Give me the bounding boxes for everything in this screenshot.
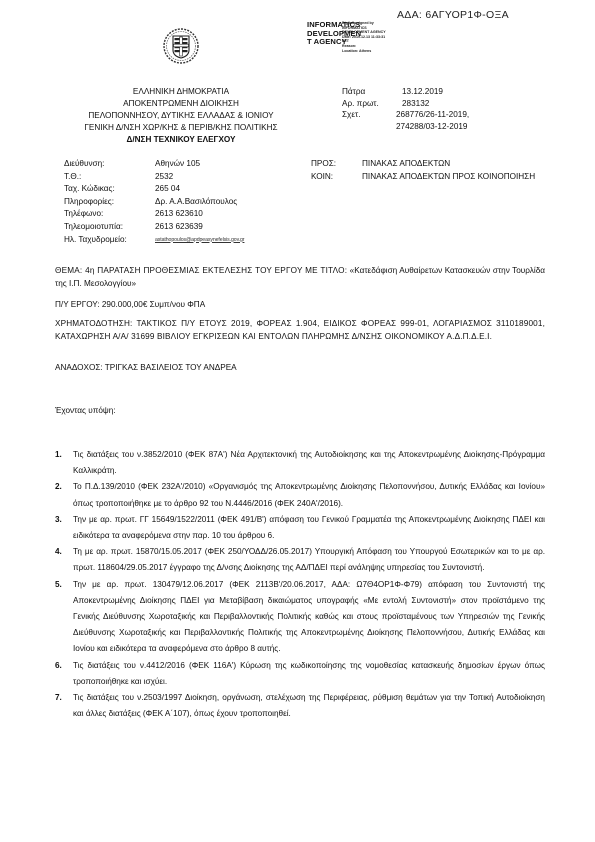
issuer-header: ΕΛΛΗΝΙΚΗ ΔΗΜΟΚΡΑΤΙΑ ΑΠΟΚΕΝΤΡΩΜΕΝΗ ΔΙΟΙΚΗ… [40, 86, 322, 146]
phone-value: 2613 623610 [155, 208, 203, 221]
header-line: ΓΕΝΙΚΗ Δ/ΝΣΗ ΧΩΡ/ΚΗΣ & ΠΕΡΙΒ/ΚΗΣ ΠΟΛΙΤΙΚ… [40, 122, 322, 134]
subject: ΘΕΜΑ: 4η ΠΑΡΑΤΑΣΗ ΠΡΟΘΕΣΜΙΑΣ ΕΚΤΕΛΕΣΗΣ Τ… [55, 265, 545, 291]
protocol-label: Αρ. πρωτ. [342, 98, 396, 110]
project-budget: Π/Υ ΕΡΓΟΥ: 290.000,00€ Συμπ/νου ΦΠΑ [55, 299, 545, 312]
address-value: Αθηνών 105 [155, 158, 200, 171]
to-label: ΠΡΟΣ: [311, 158, 362, 171]
phone-label: Τηλέφωνο: [64, 208, 155, 221]
document-meta: Πάτρα 13.12.2019 Αρ. πρωτ. 283132 Σχετ. … [342, 86, 469, 132]
related-label: Σχετ. [342, 109, 396, 121]
postcode-label: Ταχ. Κώδικας: [64, 183, 155, 196]
considering-heading: Έχοντας υπόψη: [55, 405, 545, 418]
item-text: Την με αρ. πρωτ. 130479/12.06.2017 (ΦΕΚ … [73, 577, 545, 658]
item-number: 4. [55, 544, 73, 576]
subject-label: ΘΕΜΑ: 4η ΠΑΡΑΤΑΣΗ ΠΡΟΘΕΣΜΙΑΣ ΕΚΤΕΛΕΣΗΣ Τ… [55, 266, 347, 275]
place-label: Πάτρα [342, 86, 396, 98]
hellenic-republic-emblem-icon [162, 26, 200, 66]
address-label: Διεύθυνση: [64, 158, 155, 171]
ada-stamp: ΑΔΑ: 6ΑΓΥΟΡ1Φ-ΟΞΑ [397, 9, 509, 21]
info-label: Πληροφορίες: [64, 196, 155, 209]
list-item: 7. Τις διατάξεις του ν.2503/1997 Διοίκησ… [55, 690, 545, 722]
date-value: 13.12.2019 [396, 86, 443, 98]
list-item: 3. Την με αρ. πρωτ. ΓΓ 15649/1522/2011 (… [55, 512, 545, 544]
item-text: Το Π.Δ.139/2010 (ΦΕΚ 232Α'/2010) «Οργανι… [73, 479, 545, 511]
po-box-value: 2532 [155, 171, 173, 184]
item-text: Τις διατάξεις του ν.2503/1997 Διοίκηση, … [73, 690, 545, 722]
list-item: 5. Την με αρ. πρωτ. 130479/12.06.2017 (Φ… [55, 577, 545, 658]
item-number: 3. [55, 512, 73, 544]
list-item: 2. Το Π.Δ.139/2010 (ΦΕΚ 232Α'/2010) «Οργ… [55, 479, 545, 511]
item-text: Τις διατάξεις του ν.3852/2010 (ΦΕΚ 87Α')… [73, 447, 545, 479]
to-value: ΠΙΝΑΚΑΣ ΑΠΟΔΕΚΤΩΝ [362, 158, 450, 171]
cc-value: ΠΙΝΑΚΑΣ ΑΠΟΔΕΚΤΩΝ ΠΡΟΣ ΚΟΙΝΟΠΟΙΗΣΗ [362, 171, 535, 184]
item-number: 7. [55, 690, 73, 722]
item-number: 5. [55, 577, 73, 658]
related-value: 268776/26-11-2019, [396, 109, 469, 121]
item-text: Την με αρ. πρωτ. ΓΓ 15649/1522/2011 (ΦΕΚ… [73, 512, 545, 544]
item-number: 1. [55, 447, 73, 479]
po-box-label: Τ.Θ.: [64, 171, 155, 184]
header-line: ΠΕΛΟΠΟΝΝΗΣΟΥ, ΔΥΤΙΚΗΣ ΕΛΛΑΔΑΣ & ΙΟΝΙΟΥ [40, 110, 322, 122]
email-link[interactable]: astathopoulos@apdpeasynefelsis.gov.gr [155, 234, 244, 247]
digital-signature-meta: Digitally signed by INFORMATICS DEVELOPM… [342, 21, 402, 53]
list-item: 6. Τις διατάξεις του ν.4412/2016 (ΦΕΚ 11… [55, 658, 545, 690]
list-item: 4. Τη με αρ. πρωτ. 15870/15.05.2017 (ΦΕΚ… [55, 544, 545, 576]
related-value: 274288/03-12-2019 [396, 121, 467, 133]
cc-label: ΚΟΙΝ: [311, 171, 362, 184]
contractor: ΑΝΑΔΟΧΟΣ: ΤΡΙΓΚΑΣ ΒΑΣΙΛΕΙΟΣ ΤΟΥ ΑΝΔΡΕΑ [55, 362, 545, 375]
funding: ΧΡΗΜΑΤΟΔΟΤΗΣΗ: ΤΑΚΤΙΚΟΣ Π/Υ ΕΤΟΥΣ 2019, … [55, 318, 545, 344]
item-number: 6. [55, 658, 73, 690]
header-line: ΑΠΟΚΕΝΤΡΩΜΕΝΗ ΔΙΟΙΚΗΣΗ [40, 98, 322, 110]
signature-line: Location: Athens [342, 49, 402, 54]
header-line: Δ/ΝΣΗ ΤΕΧΝΙΚΟΥ ΕΛΕΓΧΟΥ [40, 134, 322, 146]
considerations-list: 1. Τις διατάξεις του ν.3852/2010 (ΦΕΚ 87… [55, 447, 545, 722]
item-text: Τη με αρ. πρωτ. 15870/15.05.2017 (ΦΕΚ 25… [73, 544, 545, 576]
header-line: ΕΛΛΗΝΙΚΗ ΔΗΜΟΚΡΑΤΙΑ [40, 86, 322, 98]
email-label: Ηλ. Ταχυδρομείο: [64, 234, 155, 247]
list-item: 1. Τις διατάξεις του ν.3852/2010 (ΦΕΚ 87… [55, 447, 545, 479]
item-text: Τις διατάξεις του ν.4412/2016 (ΦΕΚ 116Α'… [73, 658, 545, 690]
protocol-value: 283132 [396, 98, 429, 110]
info-value: Δρ. Α.Α.Βασιλόπουλος [155, 196, 237, 209]
fax-label: Τηλεομοιοτυπία: [64, 221, 155, 234]
fax-value: 2613 623639 [155, 221, 203, 234]
postcode-value: 265 04 [155, 183, 180, 196]
recipients: ΠΡΟΣ: ΠΙΝΑΚΑΣ ΑΠΟΔΕΚΤΩΝ ΚΟΙΝ: ΠΙΝΑΚΑΣ ΑΠ… [311, 158, 535, 183]
item-number: 2. [55, 479, 73, 511]
contact-details: Διεύθυνση: Αθηνών 105 Τ.Θ.: 2532 Ταχ. Κώ… [64, 158, 244, 246]
